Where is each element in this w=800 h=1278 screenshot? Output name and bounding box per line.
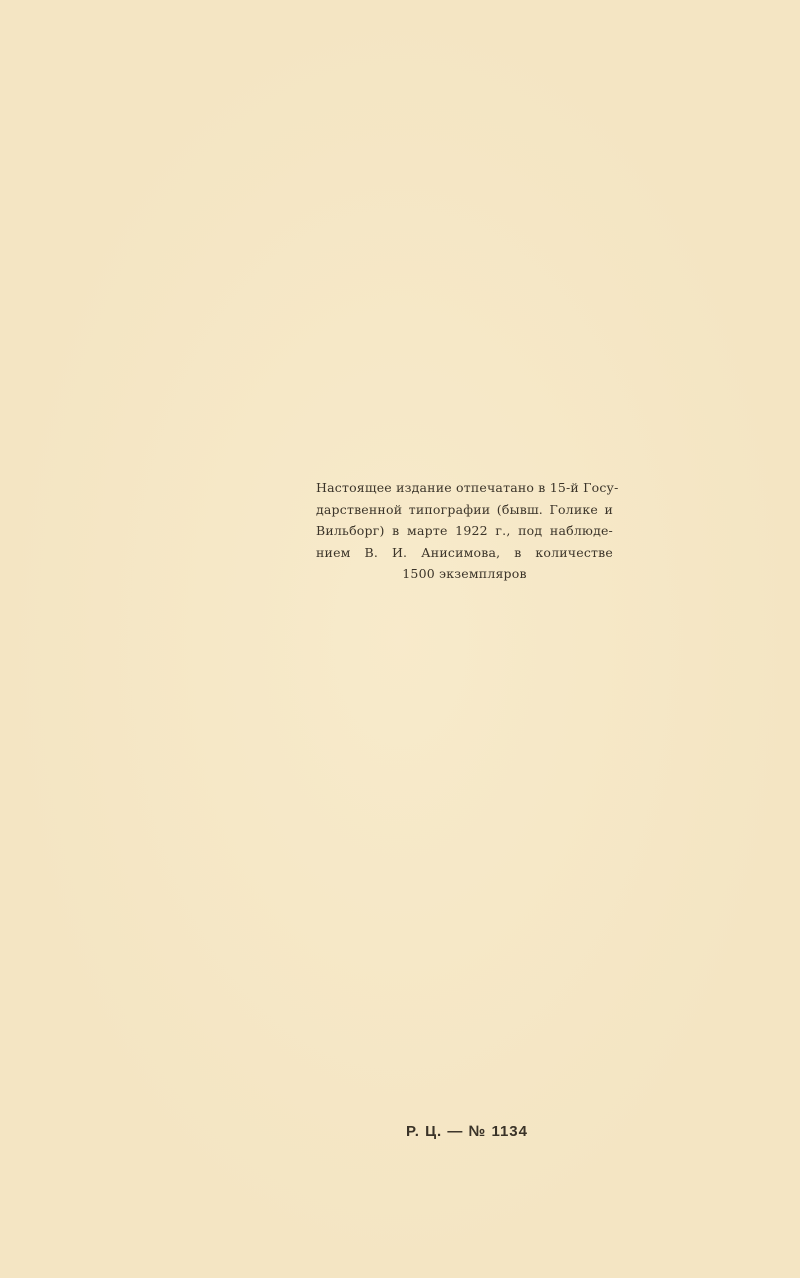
book-page: Настоящее издание отпечатано в 15-й Госу… — [0, 0, 800, 1278]
colophon-line: Настоящее издание отпечатано в 15-й Госу… — [316, 477, 613, 499]
colophon-line: нием В. И. Анисимова, в количестве — [316, 542, 613, 564]
registration-number: Р. Ц. — № 1134 — [406, 1123, 528, 1140]
colophon-text: Настоящее издание отпечатано в 15-й Госу… — [316, 477, 613, 585]
colophon-line: Вильборг) в марте 1922 г., под наблюде- — [316, 520, 613, 542]
colophon-line: 1500 экземпляров — [316, 563, 613, 585]
colophon-line: дарственной типографии (бывш. Голике и — [316, 499, 613, 521]
